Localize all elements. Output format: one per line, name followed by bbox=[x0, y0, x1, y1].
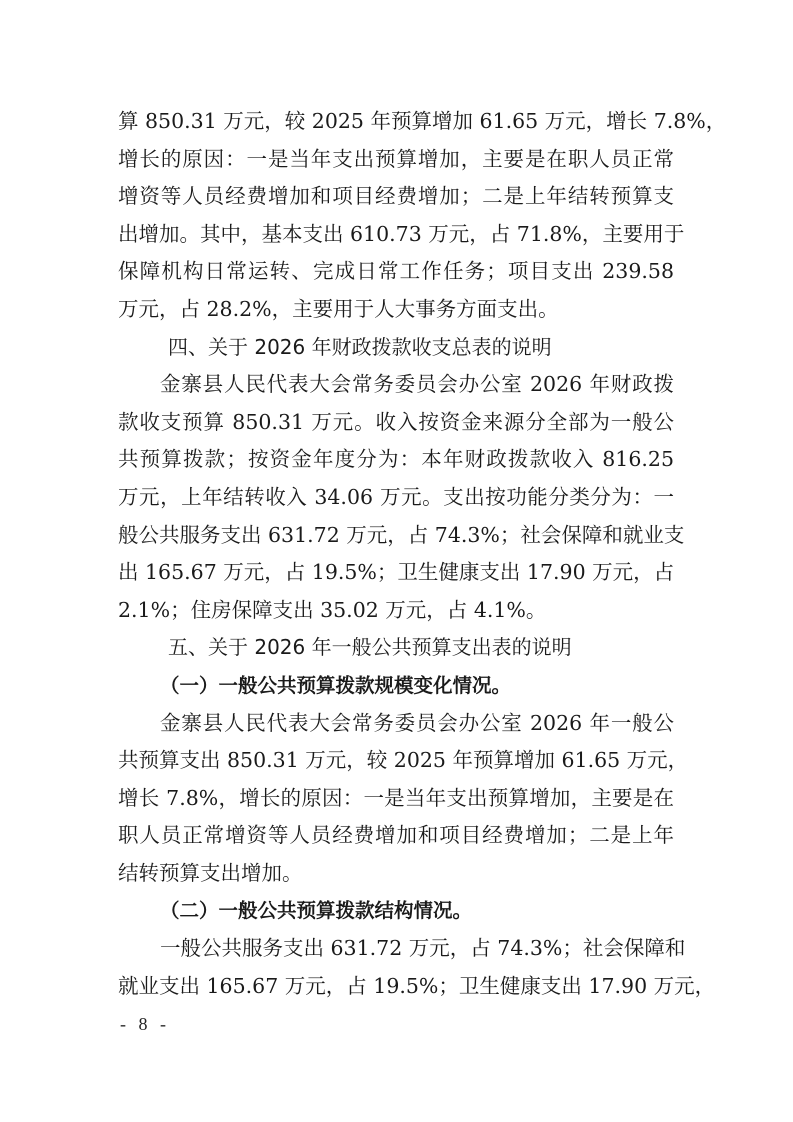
paragraph-line: 就业支出 165.67 万元，占 19.5%；卫生健康支出 17.90 万元， bbox=[118, 968, 674, 1006]
subsection-heading: （一）一般公共预算拨款规模变化情况。 bbox=[118, 667, 674, 705]
paragraph-line: 共预算拨款；按资金年度分为：本年财政拨款收入 816.25 bbox=[118, 441, 674, 479]
paragraph-line: 一般公共服务支出 631.72 万元，占 74.3%；社会保障和 bbox=[118, 930, 674, 968]
paragraph-line: 般公共服务支出 631.72 万元，占 74.3%；社会保障和就业支 bbox=[118, 517, 674, 555]
document-page: 算 850.31 万元，较 2025 年预算增加 61.65 万元，增长 7.8… bbox=[118, 103, 674, 1005]
paragraph-line: 结转预算支出增加。 bbox=[118, 855, 674, 893]
section-heading: 四、关于 2026 年财政拨款收支总表的说明 bbox=[118, 329, 674, 367]
paragraph-line: 万元，占 28.2%，主要用于人大事务方面支出。 bbox=[118, 291, 674, 329]
paragraph-line: 出 165.67 万元，占 19.5%；卫生健康支出 17.90 万元，占 bbox=[118, 554, 674, 592]
paragraph-line: 共预算支出 850.31 万元，较 2025 年预算增加 61.65 万元， bbox=[118, 742, 674, 780]
paragraph-line: 增长的原因：一是当年支出预算增加，主要是在职人员正常 bbox=[118, 141, 674, 179]
paragraph-line: 金寨县人民代表大会常务委员会办公室 2026 年财政拨 bbox=[118, 366, 674, 404]
paragraph-line: 保障机构日常运转、完成日常工作任务；项目支出 239.58 bbox=[118, 253, 674, 291]
section-heading: 五、关于 2026 年一般公共预算支出表的说明 bbox=[118, 629, 674, 667]
paragraph-line: 增长 7.8%，增长的原因：一是当年支出预算增加，主要是在 bbox=[118, 780, 674, 818]
paragraph-line: 出增加。其中，基本支出 610.73 万元，占 71.8%，主要用于 bbox=[118, 216, 674, 254]
page-number: - 8 - bbox=[120, 1014, 170, 1035]
paragraph-line: 职人员正常增资等人员经费增加和项目经费增加；二是上年 bbox=[118, 817, 674, 855]
paragraph-line: 金寨县人民代表大会常务委员会办公室 2026 年一般公 bbox=[118, 705, 674, 743]
paragraph-line: 万元，上年结转收入 34.06 万元。支出按功能分类分为：一 bbox=[118, 479, 674, 517]
paragraph-line: 款收支预算 850.31 万元。收入按资金来源分全部为一般公 bbox=[118, 404, 674, 442]
subsection-heading: （二）一般公共预算拨款结构情况。 bbox=[118, 892, 674, 930]
paragraph-line: 算 850.31 万元，较 2025 年预算增加 61.65 万元，增长 7.8… bbox=[118, 103, 674, 141]
paragraph-line: 增资等人员经费增加和项目经费增加；二是上年结转预算支 bbox=[118, 178, 674, 216]
paragraph-line: 2.1%；住房保障支出 35.02 万元，占 4.1%。 bbox=[118, 592, 674, 630]
